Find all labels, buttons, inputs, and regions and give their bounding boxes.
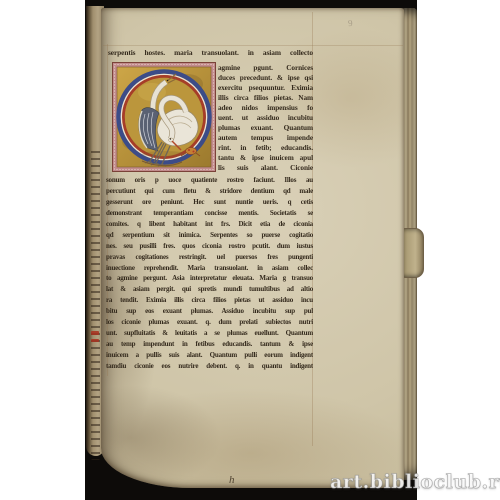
manuscript-text-line: bitu sup eos exuant plumas. Assiduo incu… bbox=[106, 306, 313, 317]
manuscript-text-line: comites. q libent habitant int frs. Dici… bbox=[106, 219, 313, 230]
manuscript-text-line: inuicem a pullis suis alant. Quantum pul… bbox=[106, 350, 313, 361]
facing-page-rubric-mark bbox=[91, 339, 99, 342]
manuscript-text-line: lat & asiam pergit. qui spretis mundi tu… bbox=[106, 284, 313, 295]
manuscript-text-line: illis circa filios pietas. Nam bbox=[218, 93, 313, 103]
manuscript-text-line: percutiunt qui cum fletu & stridore dent… bbox=[106, 186, 313, 197]
facing-page-rubric-mark bbox=[91, 331, 99, 335]
manuscript-text-line: los ciconie plumas exuant. q. dum prelat… bbox=[106, 317, 313, 328]
manuscript-text-line: pravas cogitationes restringit. uel puer… bbox=[106, 252, 313, 263]
left-stork-eye bbox=[167, 80, 169, 82]
facing-page-text-edge bbox=[91, 148, 100, 460]
fore-edge-tab bbox=[403, 228, 424, 278]
manuscript-text-line: duces precedunt. & ipse qsi bbox=[218, 73, 313, 83]
text-line-above-miniature: serpentis hostes. maria transuolant. in … bbox=[108, 47, 313, 58]
manuscript-text-line: tamdiu ciconie eos nutrire debent. q. in… bbox=[106, 361, 313, 372]
manuscript-text-line: adeo nidos impensius fo bbox=[218, 103, 313, 113]
manuscript-text-line: gesserunt ore peniunt. Hec sunt nuntie u… bbox=[106, 197, 313, 208]
manuscript-text-line: inuectione reprehendit. Maria transuolan… bbox=[106, 263, 313, 274]
manuscript-text-line: ra tendit. Eximia illis circa filios pie… bbox=[106, 295, 313, 306]
manuscript-text-line: agmine pgunt. Cornices bbox=[218, 63, 313, 73]
manuscript-text-line: nes. seu pusilli fres. quos ciconia rost… bbox=[106, 241, 313, 252]
manuscript-text-line: exercitu psequuntur. Eximia bbox=[218, 83, 313, 93]
ground-shadow bbox=[142, 151, 186, 157]
folio-pencil-mark: 9 bbox=[347, 18, 353, 28]
manuscript-text-line: rint. in fetib; educandis. bbox=[218, 143, 313, 153]
manuscript-text-line: tantu & ipse inuicem apul bbox=[218, 153, 313, 163]
manuscript-text-line: sonum oris p uoce quatiente rostro faciu… bbox=[106, 175, 313, 186]
manuscript-text-line: qd serpentium sit inimica. Serpentes so … bbox=[106, 230, 313, 241]
ruling-line-horizontal-top bbox=[103, 45, 403, 46]
manuscript-text-line: au temp impendunt in fetibus educandis. … bbox=[106, 339, 313, 350]
text-column-beside-miniature: agmine pgunt. Cornicesduces precedunt. &… bbox=[218, 63, 313, 173]
right-stork-eye bbox=[170, 138, 171, 139]
stork-miniature bbox=[112, 62, 216, 172]
manuscript-text-line: to agmine pergunt. Asia interpretatur el… bbox=[106, 273, 313, 284]
text-block-below-miniature: sonum oris p uoce quatiente rostro faciu… bbox=[106, 175, 313, 372]
catchword: h bbox=[229, 474, 243, 486]
manuscript-text-line: plumas exuant. Quantum bbox=[218, 123, 313, 133]
manuscript-text-line: autem tempus impende bbox=[218, 133, 313, 143]
manuscript-text-line: uent. ut assiduo incubitu bbox=[218, 113, 313, 123]
manuscript-text-line: lis suis alant. Ciconie bbox=[218, 163, 313, 173]
manuscript-text-line: demonstrant temperantiam concisse mentis… bbox=[106, 208, 313, 219]
watermark-text: art.biblioclub.ru bbox=[330, 472, 493, 494]
manuscript-text-line: unt. supfluitatis & leuitatis a se pluma… bbox=[106, 328, 313, 339]
